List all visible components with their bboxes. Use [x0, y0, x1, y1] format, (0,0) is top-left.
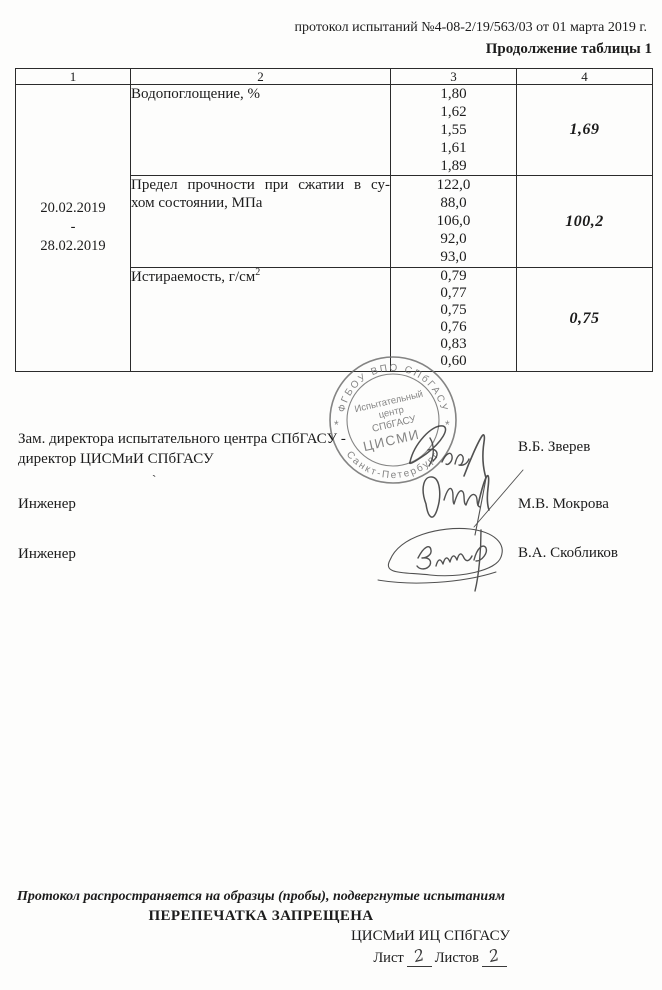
value-line: 1,55 — [391, 121, 516, 139]
signatory-title-engineer-2: Инженер — [18, 545, 76, 565]
table-caption: Продолжение таблицы 1 — [486, 41, 652, 58]
value-line: 88,0 — [391, 194, 516, 212]
col-header-3: 3 — [391, 69, 517, 85]
signatory-title-director: Зам. директора испытательного центра СПб… — [18, 430, 346, 469]
signature-skoblikov — [378, 528, 502, 591]
values-compressive-strength: 122,088,0106,092,093,0 — [391, 176, 517, 268]
result-water-absorption: 1,69 — [517, 85, 653, 176]
value-line: 1,61 — [391, 139, 516, 157]
protocol-header-line: протокол испытаний №4-08-2/19/563/03 от … — [295, 20, 647, 36]
signatory-title-line-1: Зам. директора испытательного центра СПб… — [18, 430, 346, 450]
signatory-name-mokrova: М.В. Мокрова — [518, 495, 609, 515]
value-line: 92,0 — [391, 230, 516, 248]
signatures-ink — [370, 398, 530, 600]
col-header-4: 4 — [517, 69, 653, 85]
parameter-water-absorption: Водопоглощение, % — [131, 85, 391, 176]
scan-artifact-mark: ` — [152, 472, 156, 488]
signatory-title-engineer-1: Инженер — [18, 495, 76, 515]
col-header-1: 1 — [16, 69, 131, 85]
value-line: 122,0 — [391, 176, 516, 194]
signatory-title-line-2: директор ЦИСМиИ СПбГАСУ — [18, 450, 346, 470]
value-line: 0,76 — [391, 319, 516, 336]
value-line: 1,89 — [391, 157, 516, 175]
footer-reprint-notice: ПЕРЕПЕЧАТКА ЗАПРЕЩЕНА — [15, 908, 507, 925]
parameter-line-1: Предел прочности при сжатии в су- — [131, 176, 390, 194]
signatory-name-zverev: В.Б. Зверев — [518, 438, 590, 458]
value-line: 0,75 — [391, 302, 516, 319]
result-abrasion: 0,75 — [517, 268, 653, 372]
results-table: 1 2 3 4 20.02.2019 - 28.02.2019 Водопогл… — [15, 68, 653, 372]
parameter-line-2: хом состоянии, МПа — [131, 194, 390, 212]
signature-zverev — [410, 426, 523, 527]
table-row-water-absorption: 20.02.2019 - 28.02.2019 Водопоглощение, … — [16, 85, 653, 176]
value-line: 93,0 — [391, 248, 516, 266]
handwritten-sheets-total: 2 — [488, 948, 501, 964]
date-from: 20.02.2019 — [16, 199, 130, 218]
values-water-absorption: 1,801,621,551,611,89 — [391, 85, 517, 176]
signature-mokrova — [423, 476, 489, 535]
test-date-range-cell: 20.02.2019 - 28.02.2019 — [16, 85, 131, 372]
value-line: 1,80 — [391, 85, 516, 103]
parameter-abrasion-superscript: 2 — [255, 267, 260, 278]
value-line: 106,0 — [391, 212, 516, 230]
footer-scope-notice: Протокол распространяется на образцы (пр… — [15, 889, 507, 905]
footer-sheet-counter: Лист2Листов2 — [373, 949, 510, 967]
date-to: 28.02.2019 — [16, 237, 130, 256]
sheets-total-blank: 2 — [482, 949, 507, 967]
scanned-protocol-page: протокол испытаний №4-08-2/19/563/03 от … — [0, 0, 662, 990]
sheet-number-blank: 2 — [407, 949, 432, 967]
value-line: 0,79 — [391, 268, 516, 285]
handwritten-sheet-number: 2 — [413, 948, 426, 964]
table-header-row: 1 2 3 4 — [16, 69, 653, 85]
signatory-name-skoblikov: В.А. Скобликов — [518, 544, 618, 564]
parameter-compressive-strength: Предел прочности при сжатии в су- хом со… — [131, 176, 391, 268]
value-line: 1,62 — [391, 103, 516, 121]
col-header-2: 2 — [131, 69, 391, 85]
sheets-label: Листов — [435, 950, 479, 966]
date-dash: - — [16, 218, 130, 237]
value-line: 0,77 — [391, 285, 516, 302]
sheet-label: Лист — [373, 950, 403, 966]
result-compressive-strength: 100,2 — [517, 176, 653, 268]
parameter-abrasion-text: Истираемость, г/см — [131, 269, 255, 285]
footer-org-name: ЦИСМиИ ИЦ СПбГАСУ — [351, 928, 510, 945]
